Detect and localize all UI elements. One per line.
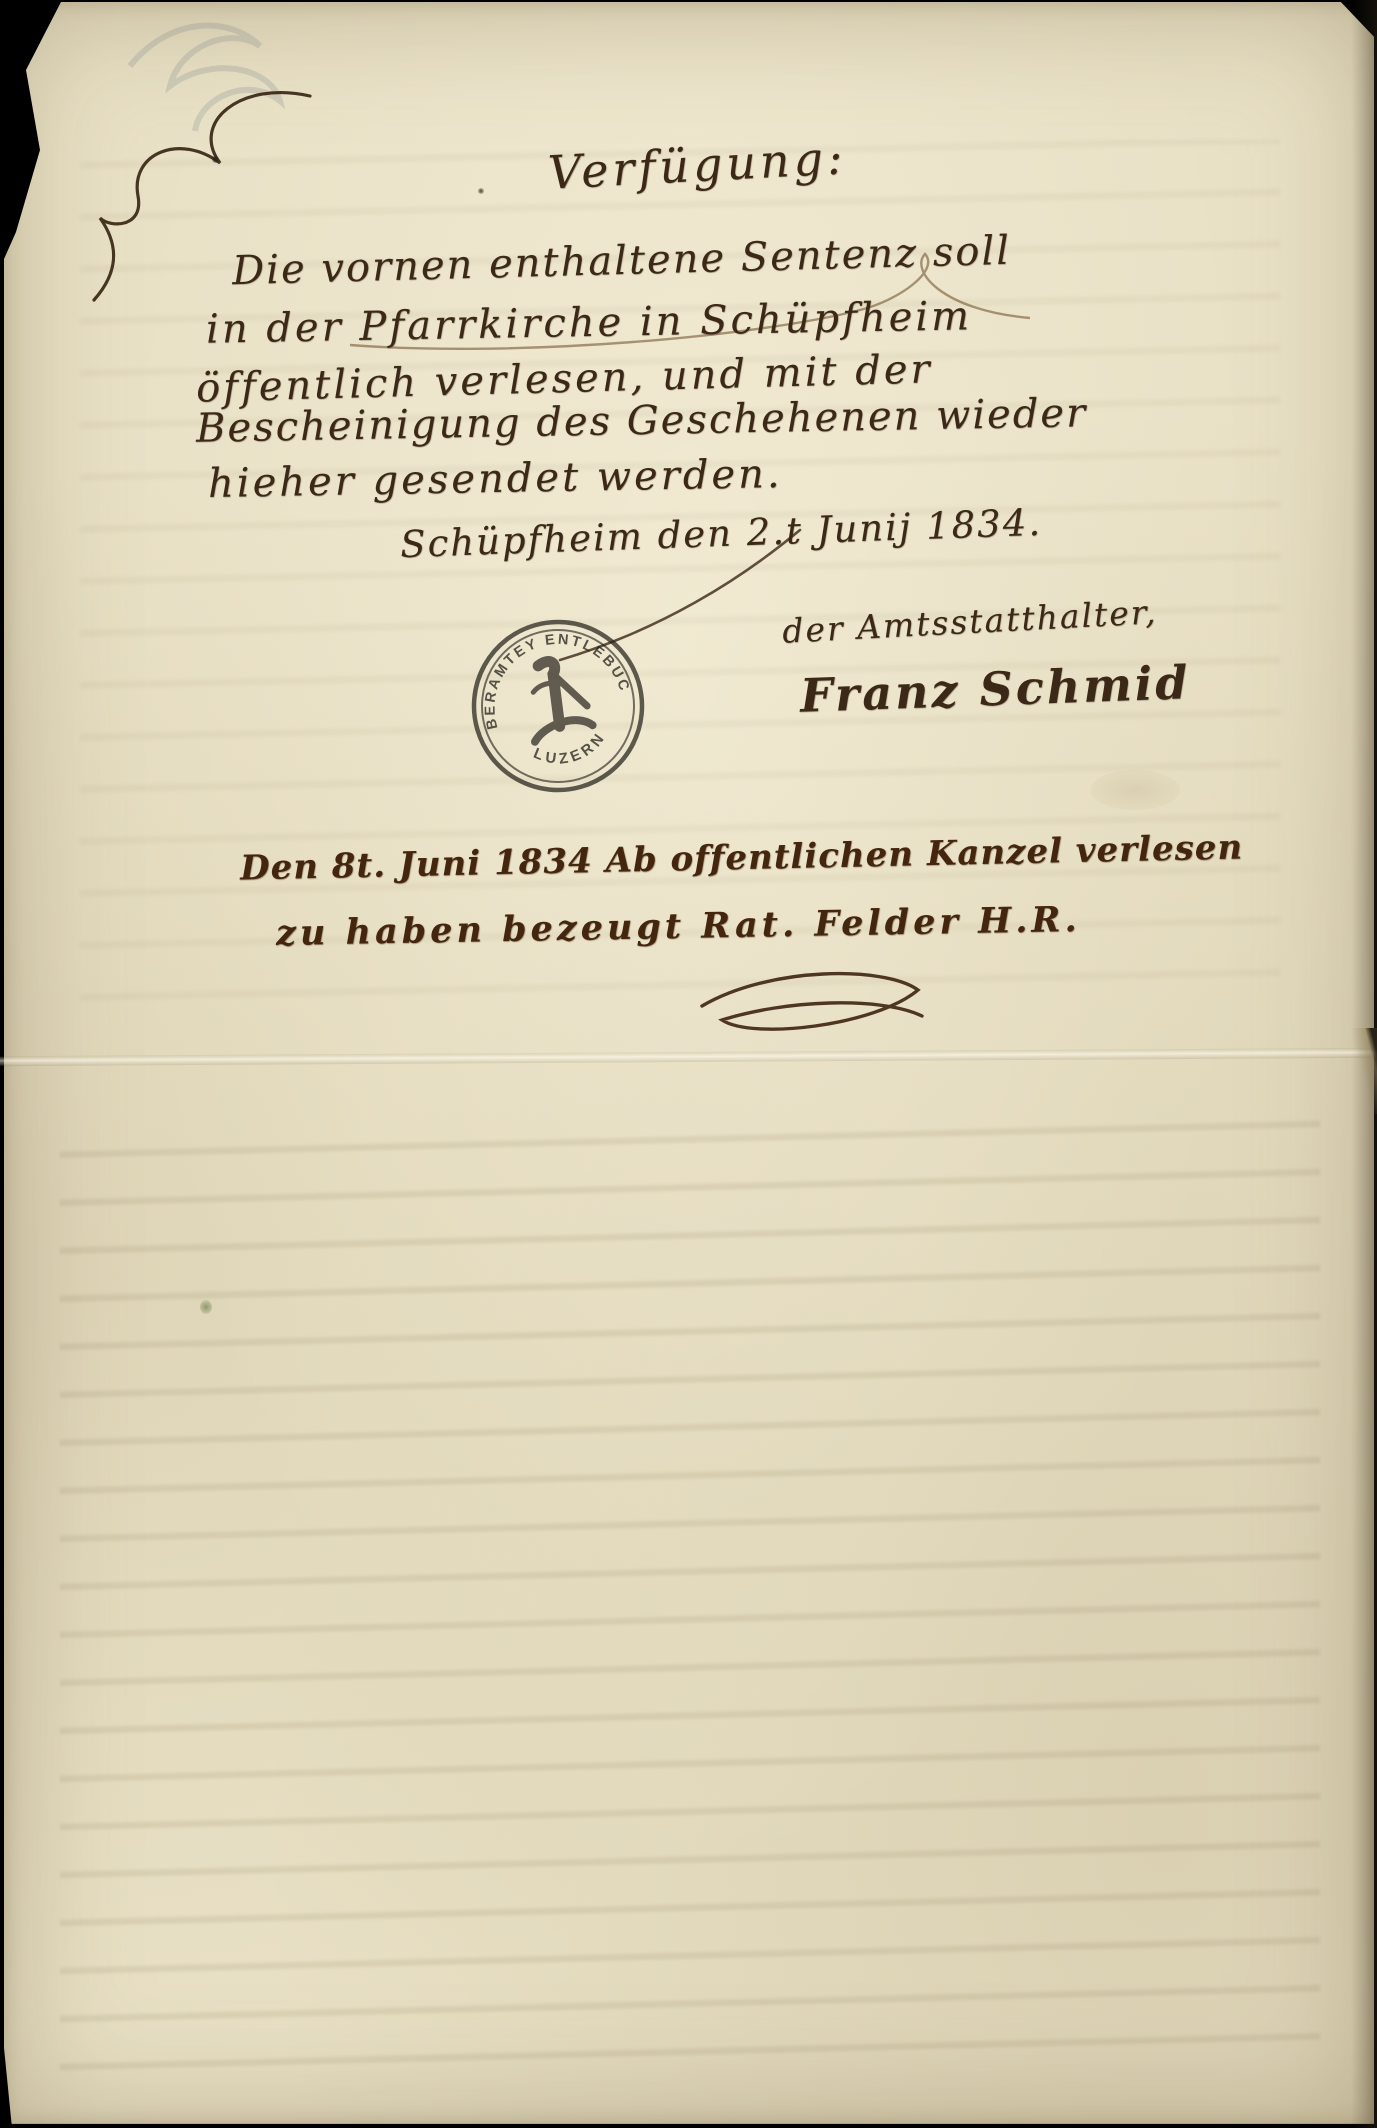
ink-showthrough-lower — [60, 1120, 1320, 2080]
stamp-emblem — [515, 654, 593, 742]
stain-spot — [200, 1300, 212, 1314]
document-scan: Verfügung: Die vornen enthaltene Sentenz… — [0, 0, 1377, 2128]
ink-speck — [478, 188, 484, 194]
scan-edge-bottom — [0, 2123, 1377, 2128]
scan-edge-right — [1351, 0, 1377, 2128]
ink-speck — [212, 156, 219, 163]
stain-spot — [1090, 770, 1180, 810]
